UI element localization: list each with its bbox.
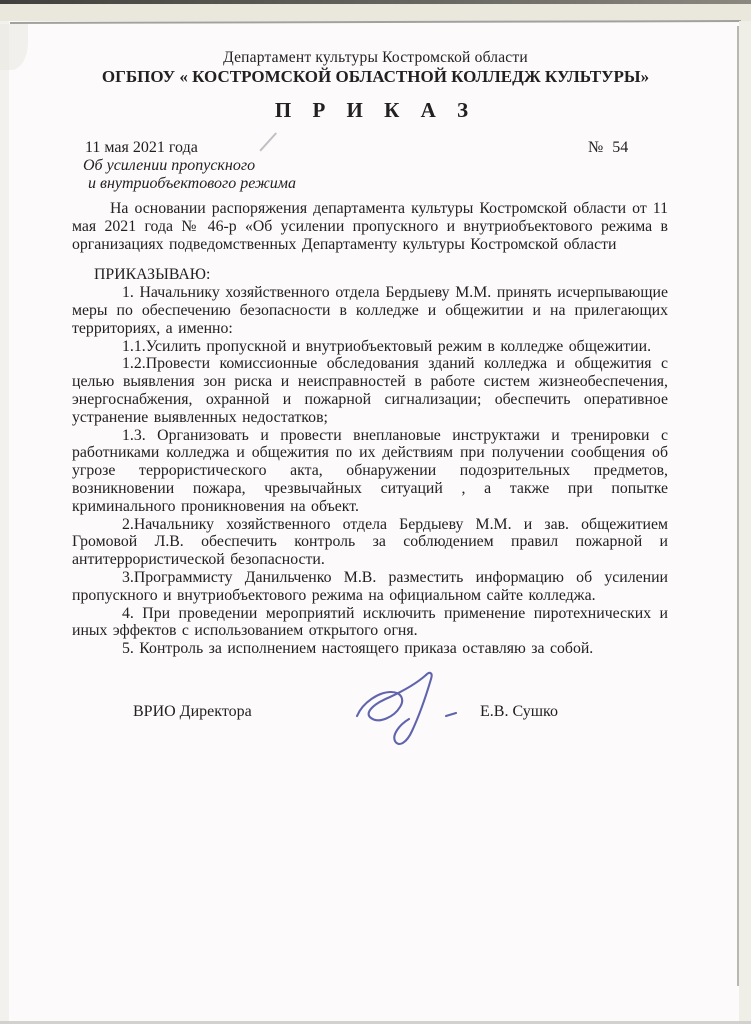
order-number: № 54 xyxy=(588,139,628,157)
order-subject: Об усилении пропускного и внутриобъектов… xyxy=(83,157,296,193)
order-item-4: 4. При проведении мероприятий исключить … xyxy=(72,605,668,641)
order-item-1-2: 1.2.Провести комиссионные обследования з… xyxy=(72,355,668,426)
letterhead-department-line: Департамент культуры Костромской области xyxy=(0,49,751,67)
orders-heading: ПРИКАЗЫВАЮ: xyxy=(94,266,668,284)
order-item-1-3: 1.3. Организовать и провести внеплановые… xyxy=(72,427,668,516)
order-item-1: 1. Начальнику хозяйственного отдела Берд… xyxy=(72,284,668,337)
order-body: На основании распоряжения департамента к… xyxy=(72,200,668,658)
stray-pen-mark xyxy=(259,132,276,151)
scan-top-margin-band xyxy=(0,4,751,21)
order-item-5: 5. Контроль за исполнением настоящего пр… xyxy=(72,640,668,658)
scan-page-right-edge xyxy=(737,26,739,986)
scan-left-margin-strip xyxy=(0,21,9,1024)
letterhead-organization-line: ОГБПОУ « КОСТРОМСКОЙ ОБЛАСТНОЙ КОЛЛЕДЖ К… xyxy=(0,67,751,87)
document-title: П Р И К А З xyxy=(0,98,751,123)
order-preamble: На основании распоряжения департамента к… xyxy=(72,200,668,253)
order-item-1-1: 1.1.Усилить пропускной и внутриобъектовы… xyxy=(72,338,668,356)
signature-name: Е.В. Сушко xyxy=(480,703,558,721)
order-subject-line2: и внутриобъектового режима xyxy=(83,175,296,193)
order-date: 11 мая 2021 года xyxy=(85,139,198,157)
order-item-3: 3.Программисту Данильченко М.В. размести… xyxy=(72,569,668,605)
handwritten-signature-ink xyxy=(343,668,468,750)
scan-right-margin-band xyxy=(739,21,751,1024)
signature-role: ВРИО Директора xyxy=(133,703,252,721)
scanned-order-page: Департамент культуры Костромской области… xyxy=(0,0,751,1024)
order-item-2: 2.Начальнику хозяйственного отдела Берды… xyxy=(72,516,668,569)
order-subject-line1: Об усилении пропускного xyxy=(83,157,296,175)
